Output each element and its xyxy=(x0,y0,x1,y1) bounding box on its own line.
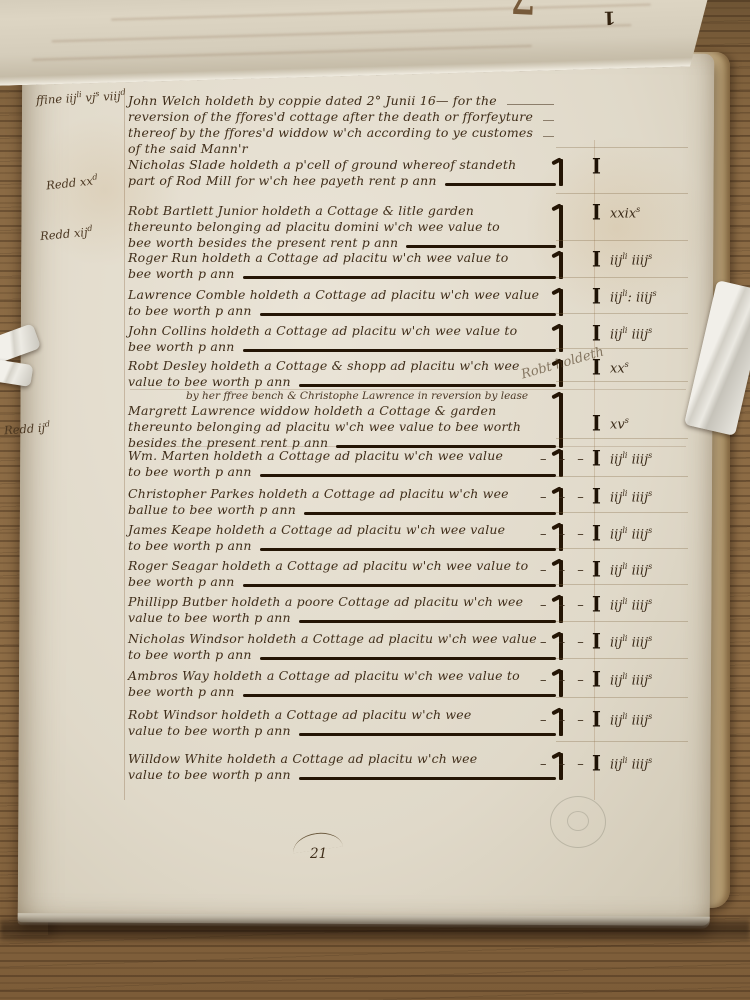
page-crease xyxy=(556,193,688,194)
entry-text-line: to bee worth p ann xyxy=(128,464,558,480)
amount-dashes: – – – xyxy=(540,490,592,505)
amount-row: – – –Iiijli iiijs xyxy=(540,561,705,579)
entry-text: thereof by the ffores'd widdow w'ch acco… xyxy=(128,125,533,141)
entry-text: Willdow White holdeth a Cottage ad placi… xyxy=(128,751,477,767)
entry-underline xyxy=(406,245,556,249)
entry-text-line: bee worth p ann xyxy=(128,684,558,700)
entry-text-line: thereunto belonging ad placitu domini w'… xyxy=(128,219,558,235)
amount-dashes: – – – xyxy=(540,757,592,772)
tally-mark: I xyxy=(592,414,606,434)
tally-mark: I xyxy=(592,524,606,544)
tally-mark: I xyxy=(592,250,606,270)
ledger-entry: John Collins holdeth a Cottage ad placit… xyxy=(128,323,558,355)
entry-text: value to bee worth p ann xyxy=(128,723,291,739)
entry-text: Phillipp Butber holdeth a poore Cottage … xyxy=(128,594,523,610)
entry-text-line: ballue to bee worth p ann xyxy=(128,502,558,518)
entry-text: Robt Bartlett Junior holdeth a Cottage &… xyxy=(128,203,474,219)
ledger-entry: Christopher Parkes holdeth a Cottage ad … xyxy=(128,486,558,518)
amount-dashes: – – – xyxy=(540,673,592,688)
tally-mark: I xyxy=(592,487,606,507)
tally-mark: I xyxy=(592,203,606,223)
tally-mark: I xyxy=(592,157,606,177)
amount-dashes: – – – xyxy=(540,635,592,650)
folio-number: 7 xyxy=(510,0,537,22)
entry-text: Roger Run holdeth a Cottage ad placitu w… xyxy=(128,250,508,266)
entry-text-line: reversion of the ffores'd cottage after … xyxy=(128,109,558,125)
margin-note: Redd xxd xyxy=(45,172,98,192)
ghost-writing xyxy=(111,4,651,21)
amount-row: Iiijli: iiijs xyxy=(540,288,705,306)
entry-text: Robt Desley holdeth a Cottage & shopp ad… xyxy=(128,358,520,374)
ghost-writing xyxy=(32,45,532,61)
amount-value: iijli iiijs xyxy=(610,562,652,578)
entry-underline xyxy=(260,313,556,317)
entry-text: Wm. Marten holdeth a Cottage ad placitu … xyxy=(128,448,503,464)
entry-text-line: Roger Seagar holdeth a Cottage ad placit… xyxy=(128,558,558,574)
entry-text-line: John Collins holdeth a Cottage ad placit… xyxy=(128,323,558,339)
amount-row: Ixvs xyxy=(540,415,705,433)
ledger-entries-layer: John Welch holdeth by coppie dated 2° Ju… xyxy=(0,0,750,1000)
entry-text-line: Robt Desley holdeth a Cottage & shopp ad… xyxy=(128,358,558,374)
entry-text-line: Wm. Marten holdeth a Cottage ad placitu … xyxy=(128,448,558,464)
amount-dashes: – – – xyxy=(540,598,592,613)
entry-text: value to bee worth p ann xyxy=(128,610,291,626)
amount-row: – – –Iiijli iiijs xyxy=(540,596,705,614)
tally-mark: I xyxy=(592,754,606,774)
entry-text-line: Robt Bartlett Junior holdeth a Cottage &… xyxy=(128,203,558,219)
amount-row: – – –Iiijli iiijs xyxy=(540,450,705,468)
entry-text: thereunto belonging ad placitu w'ch wee … xyxy=(128,419,521,435)
amount-value: iijli iiijs xyxy=(610,252,652,268)
ledger-entry: Willdow White holdeth a Cottage ad placi… xyxy=(128,751,558,783)
tally-mark: I xyxy=(592,449,606,469)
page-crease xyxy=(556,658,688,659)
entry-underline xyxy=(299,620,556,624)
entry-text-line: thereof by the ffores'd widdow w'ch acco… xyxy=(128,125,558,141)
amount-row: Iiijli iiijs xyxy=(540,325,705,343)
amount-value: iijli iiijs xyxy=(610,756,652,772)
amount-value: iijli iiijs xyxy=(610,672,652,688)
manuscript-photo: John Welch holdeth by coppie dated 2° Ju… xyxy=(0,0,750,1000)
entry-text: Lawrence Comble holdeth a Cottage ad pla… xyxy=(128,287,539,303)
entry-underline xyxy=(243,694,556,698)
entry-text: bee worth p ann xyxy=(128,266,235,282)
amount-value: iijli: iiijs xyxy=(610,289,657,305)
entry-text: Margrett Lawrence widdow holdeth a Cotta… xyxy=(128,403,496,419)
tally-mark: I xyxy=(592,670,606,690)
ledger-entry: Robt Bartlett Junior holdeth a Cottage &… xyxy=(128,203,558,251)
margin-note: Redd ijd xyxy=(4,419,51,437)
entry-underline xyxy=(299,384,556,388)
folio-tally-mark: 1 xyxy=(603,7,616,28)
amount-value: xvs xyxy=(610,416,629,432)
ledger-entry: Robt Windsor holdeth a Cottage ad placit… xyxy=(128,707,558,739)
entry-text: part of Rod Mill for w'ch hee payeth ren… xyxy=(128,173,437,189)
ledger-entry: Robt Desley holdeth a Cottage & shopp ad… xyxy=(128,358,558,390)
entry-text-line: value to bee worth p ann xyxy=(128,610,558,626)
amount-value: iijli iiijs xyxy=(610,712,652,728)
page-crease xyxy=(556,621,688,622)
entry-text-line: bee worth p ann xyxy=(128,339,558,355)
amount-value: iijli iiijs xyxy=(610,634,652,650)
entry-line-filler xyxy=(543,120,554,121)
margin-note: ffine iijli vjs viijd xyxy=(36,88,126,108)
ledger-entry: Ambros Way holdeth a Cottage ad placitu … xyxy=(128,668,558,700)
amount-row: – – –Iiijli iiijs xyxy=(540,671,705,689)
amount-dashes: – – – xyxy=(540,527,592,542)
entry-text-line: John Welch holdeth by coppie dated 2° Ju… xyxy=(128,93,558,109)
entry-text-line: to bee worth p ann xyxy=(128,303,558,319)
page-crease xyxy=(556,240,688,241)
amount-value: xxs xyxy=(610,360,629,376)
amount-row: – – –Iiijli iiijs xyxy=(540,755,705,773)
amount-row: – – –Iiijli iiijs xyxy=(540,525,705,543)
page-crease xyxy=(556,438,688,439)
entry-text-line: Christopher Parkes holdeth a Cottage ad … xyxy=(128,486,558,502)
tally-mark: I xyxy=(592,560,606,580)
entry-text-line: value to bee worth p ann xyxy=(128,723,558,739)
tally-mark: I xyxy=(592,710,606,730)
ledger-entry: John Welch holdeth by coppie dated 2° Ju… xyxy=(128,93,558,157)
entry-text: value to bee worth p ann xyxy=(128,374,291,390)
page-crease xyxy=(556,697,688,698)
entry-text-line: Nicholas Windsor holdeth a Cottage ad pl… xyxy=(128,631,558,647)
entry-text-line: thereunto belonging ad placitu w'ch wee … xyxy=(128,419,558,435)
entry-text: Nicholas Windsor holdeth a Cottage ad pl… xyxy=(128,631,537,647)
page-crease xyxy=(556,741,688,742)
ledger-entry: Wm. Marten holdeth a Cottage ad placitu … xyxy=(128,448,558,480)
amount-dashes: – – – xyxy=(540,452,592,467)
embossed-stamp xyxy=(550,796,606,848)
page-number-group: 21 xyxy=(292,833,352,862)
entry-text-line: of the said Mann'r xyxy=(128,141,558,157)
entry-interline-note: by her ffree bench & Christophe Lawrence… xyxy=(186,391,558,402)
amount-value: xxixs xyxy=(610,205,640,221)
page-crease xyxy=(556,313,688,314)
entry-text: to bee worth p ann xyxy=(128,538,252,554)
page-crease xyxy=(556,512,688,513)
amount-value: iijli iiijs xyxy=(610,451,652,467)
ledger-entry: Nicholas Windsor holdeth a Cottage ad pl… xyxy=(128,631,558,663)
entry-underline xyxy=(304,512,556,516)
page-crease xyxy=(556,277,688,278)
entry-text-line: Nicholas Slade holdeth a p'cell of groun… xyxy=(128,157,558,173)
entry-text: to bee worth p ann xyxy=(128,647,252,663)
page-bottom-shadow xyxy=(0,916,750,942)
entry-text: Christopher Parkes holdeth a Cottage ad … xyxy=(128,486,509,502)
entry-text: bee worth p ann xyxy=(128,684,235,700)
entry-text: bee worth besides the present rent p ann xyxy=(128,235,398,251)
page-crease xyxy=(556,381,688,382)
amount-row: – – –Iiijli iiijs xyxy=(540,633,705,651)
entry-underline xyxy=(243,584,556,588)
entry-text-line: value to bee worth p ann xyxy=(128,767,558,783)
entry-text: James Keape holdeth a Cottage ad placitu… xyxy=(128,522,505,538)
entry-text: Robt Windsor holdeth a Cottage ad placit… xyxy=(128,707,472,723)
entry-text-line: Lawrence Comble holdeth a Cottage ad pla… xyxy=(128,287,558,303)
entry-underline xyxy=(299,733,556,737)
ledger-entry: Roger Run holdeth a Cottage ad placitu w… xyxy=(128,250,558,282)
margin-note: Redd xijd xyxy=(39,224,93,243)
entry-text: ballue to bee worth p ann xyxy=(128,502,296,518)
tally-mark: I xyxy=(592,595,606,615)
page-crease xyxy=(556,548,688,549)
ledger-entry: Phillipp Butber holdeth a poore Cottage … xyxy=(128,594,558,626)
ledger-entry: Lawrence Comble holdeth a Cottage ad pla… xyxy=(128,287,558,319)
amount-value: iijli iiijs xyxy=(610,597,652,613)
entry-text-line: to bee worth p ann xyxy=(128,647,558,663)
ledger-entry: Roger Seagar holdeth a Cottage ad placit… xyxy=(128,558,558,590)
page-crease xyxy=(556,147,688,148)
entry-text-line: Willdow White holdeth a Cottage ad placi… xyxy=(128,751,558,767)
entry-text-line: bee worth p ann xyxy=(128,266,558,282)
entry-text: of the said Mann'r xyxy=(128,141,248,157)
entry-text: to bee worth p ann xyxy=(128,464,252,480)
entry-text-line: bee worth p ann xyxy=(128,574,558,590)
amount-value: iijli iiijs xyxy=(610,489,652,505)
tally-mark: I xyxy=(592,287,606,307)
entry-text: to bee worth p ann xyxy=(128,303,252,319)
entry-underline xyxy=(445,183,556,187)
ledger-entry: James Keape holdeth a Cottage ad placitu… xyxy=(128,522,558,554)
ledger-entry: Nicholas Slade holdeth a p'cell of groun… xyxy=(128,157,558,189)
entry-text-line: bee worth besides the present rent p ann xyxy=(128,235,558,251)
ghost-writing xyxy=(52,24,632,42)
page-crease xyxy=(556,476,688,477)
entry-text: Roger Seagar holdeth a Cottage ad placit… xyxy=(128,558,528,574)
tally-mark: I xyxy=(592,632,606,652)
amount-row: I xyxy=(540,158,705,176)
amount-row: Iiijli iiijs xyxy=(540,251,705,269)
amount-value: iijli iiijs xyxy=(610,326,652,342)
entry-text-line: James Keape holdeth a Cottage ad placitu… xyxy=(128,522,558,538)
amount-row: – – –Iiijli iiijs xyxy=(540,711,705,729)
page-crease xyxy=(556,348,688,349)
entry-underline xyxy=(260,548,556,552)
page-crease xyxy=(556,584,688,585)
entry-text-line: part of Rod Mill for w'ch hee payeth ren… xyxy=(128,173,558,189)
entry-line-filler xyxy=(507,104,554,105)
amount-row: – – –Iiijli iiijs xyxy=(540,488,705,506)
entry-text: John Collins holdeth a Cottage ad placit… xyxy=(128,323,517,339)
ledger-entry: by her ffree bench & Christophe Lawrence… xyxy=(128,391,558,451)
entry-text: bee worth p ann xyxy=(128,574,235,590)
entry-underline xyxy=(243,276,556,280)
entry-text: bee worth p ann xyxy=(128,339,235,355)
entry-text-line: Phillipp Butber holdeth a poore Cottage … xyxy=(128,594,558,610)
entry-text-line: Ambros Way holdeth a Cottage ad placitu … xyxy=(128,668,558,684)
entry-text-line: value to bee worth p ann xyxy=(128,374,558,390)
entry-underline xyxy=(299,777,556,781)
amount-dashes: – – – xyxy=(540,713,592,728)
entry-text-line: Robt Windsor holdeth a Cottage ad placit… xyxy=(128,707,558,723)
amount-dashes: – – – xyxy=(540,563,592,578)
entry-underline xyxy=(260,474,556,478)
tally-mark: I xyxy=(592,324,606,344)
entry-text: thereunto belonging ad placitu domini w'… xyxy=(128,219,500,235)
entry-underline xyxy=(243,349,556,353)
entry-text-line: Margrett Lawrence widdow holdeth a Cotta… xyxy=(128,403,558,419)
entry-text: reversion of the ffores'd cottage after … xyxy=(128,109,533,125)
entry-text: Ambros Way holdeth a Cottage ad placitu … xyxy=(128,668,520,684)
entry-text-line: to bee worth p ann xyxy=(128,538,558,554)
entry-line-filler xyxy=(543,136,554,137)
entry-text-line: Roger Run holdeth a Cottage ad placitu w… xyxy=(128,250,558,266)
entry-text: Nicholas Slade holdeth a p'cell of groun… xyxy=(128,157,516,173)
entry-text: John Welch holdeth by coppie dated 2° Ju… xyxy=(128,93,497,109)
amount-value: iijli iiijs xyxy=(610,526,652,542)
amount-row: Ixxixs xyxy=(540,204,705,222)
entry-text: value to bee worth p ann xyxy=(128,767,291,783)
entry-underline xyxy=(260,657,556,661)
